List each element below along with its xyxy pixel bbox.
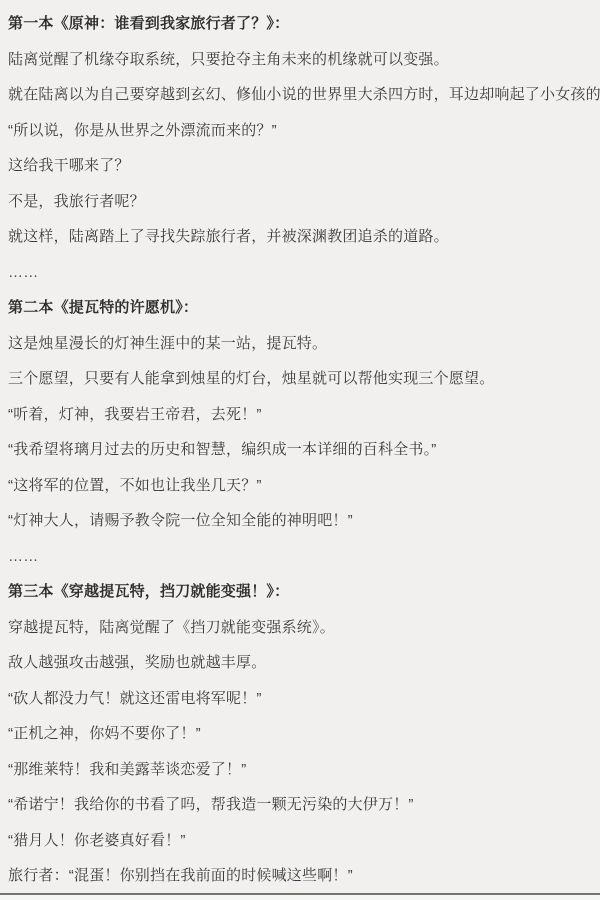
paragraph-line: 这给我干哪来了？ — [8, 148, 600, 184]
book-title-line: 第一本《原神：谁看到我家旅行者了？》： — [8, 6, 600, 42]
bottom-divider — [0, 893, 600, 900]
paragraph-line: 旅行者：“混蛋！你别挡在我前面的时候喊这些啊！” — [8, 858, 600, 894]
paragraph-line: “这将军的位置，不如也让我坐几天？” — [8, 468, 600, 504]
paragraph-line: 三个愿望，只要有人能拿到烛星的灯台，烛星就可以帮他实现三个愿望。 — [8, 361, 600, 397]
page: 第一本《原神：谁看到我家旅行者了？》：陆离觉醒了机缘夺取系统，只要抢夺主角未来的… — [0, 0, 600, 900]
paragraph-line: “我希望将璃月过去的历史和智慧，编织成一本详细的百科全书。” — [8, 432, 600, 468]
paragraph-line: “正机之神，你妈不要你了！” — [8, 716, 600, 752]
ellipsis-line: …… — [8, 255, 600, 291]
paragraph-line: 就这样，陆离踏上了寻找失踪旅行者，并被深渊教团追杀的道路。 — [8, 219, 600, 255]
book-title-line: 第二本《提瓦特的许愿机》： — [8, 290, 600, 326]
paragraph-line: 这是烛星漫长的灯神生涯中的某一站，提瓦特。 — [8, 326, 600, 362]
paragraph-line: “希诺宁！我给你的书看了吗，帮我造一颗无污染的大伊万！” — [8, 787, 600, 823]
paragraph-line: “灯神大人，请赐予教令院一位全知全能的神明吧！” — [8, 503, 600, 539]
paragraph-line: 穿越提瓦特，陆离觉醒了《挡刀就能变强系统》。 — [8, 610, 600, 646]
paragraph-line: 敌人越强攻击越强，奖励也就越丰厚。 — [8, 645, 600, 681]
paragraph-line: “砍人都没力气！就这还雷电将军呢！” — [8, 681, 600, 717]
ellipsis-line: …… — [8, 539, 600, 575]
novel-intro-text: 第一本《原神：谁看到我家旅行者了？》：陆离觉醒了机缘夺取系统，只要抢夺主角未来的… — [0, 0, 600, 894]
paragraph-line: 陆离觉醒了机缘夺取系统，只要抢夺主角未来的机缘就可以变强。 — [8, 42, 600, 78]
paragraph-line: “所以说，你是从世界之外漂流而来的？” — [8, 113, 600, 149]
paragraph-line: 不是，我旅行者呢？ — [8, 184, 600, 220]
book-title-line: 第三本《穿越提瓦特，挡刀就能变强！》： — [8, 574, 600, 610]
paragraph-line: “那维莱特！我和美露莘谈恋爱了！” — [8, 752, 600, 788]
paragraph-line: 就在陆离以为自己要穿越到玄幻、修仙小说的世界里大杀四方时，耳边却响起了小女孩的声… — [8, 77, 600, 113]
paragraph-line: “猎月人！你老婆真好看！” — [8, 823, 600, 859]
paragraph-line: “听着，灯神，我要岩王帝君，去死！” — [8, 397, 600, 433]
